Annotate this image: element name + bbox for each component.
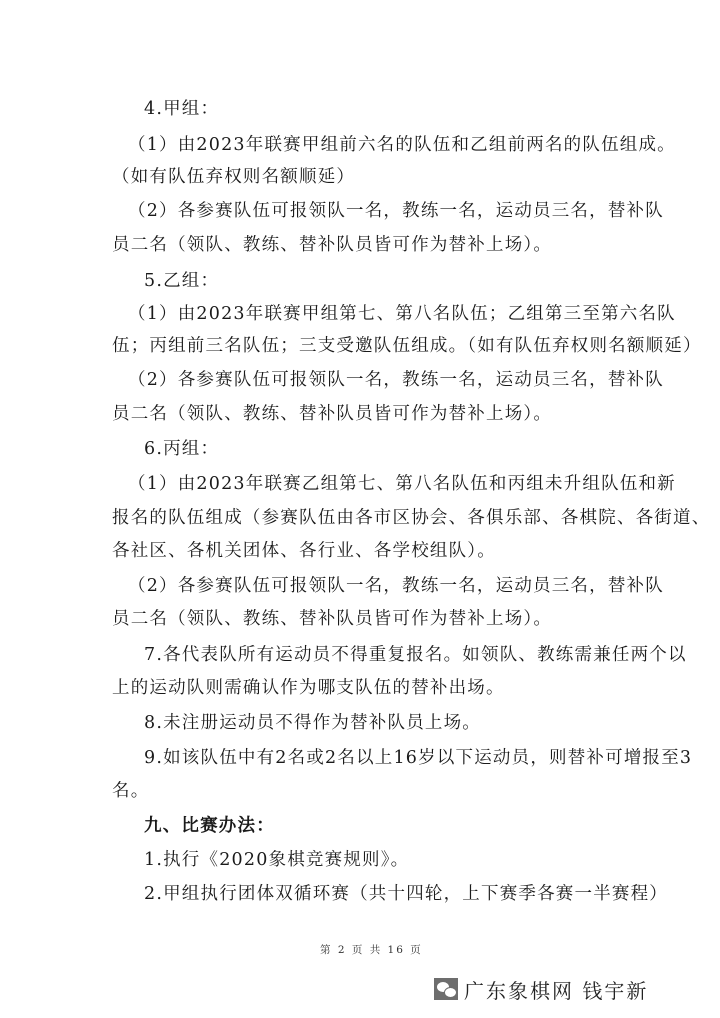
paragraph-line: 员二名（领队、教练、替补队员皆可作为替补上场）。	[112, 403, 552, 425]
paragraph-line: 员二名（领队、教练、替补队员皆可作为替补上场）。	[112, 608, 552, 630]
paragraph-line: 各社区、各机关团体、各行业、各学校组队）。	[112, 540, 496, 562]
page-number: 第 2 页 共 16 页	[320, 942, 423, 957]
paragraph-line: （1）由2023年联赛甲组前六名的队伍和乙组前两名的队伍组成。	[128, 134, 676, 156]
paragraph-line: 6.丙组：	[144, 438, 219, 460]
paragraph-line: （2）各参赛队伍可报领队一名，教练一名，运动员三名，替补队	[128, 369, 664, 391]
paragraph-line: 2.甲组执行团体双循环赛（共十四轮，上下赛季各赛一半赛程）	[144, 883, 668, 905]
paragraph-line: 名。	[112, 780, 149, 802]
paragraph-line: 员二名（领队、教练、替补队员皆可作为替补上场）。	[112, 234, 552, 256]
paragraph-line: （1）由2023年联赛乙组第七、第八名队伍和丙组未升组队伍和新	[128, 473, 676, 495]
paragraph-line: 伍；丙组前三名队伍；三支受邀队伍组成。（如有队伍弃权则名额顺延）	[112, 335, 702, 357]
section-heading: 九、比赛办法：	[144, 815, 275, 837]
watermark: 广东象棋网 钱宇新	[434, 975, 648, 1003]
paragraph-line: 8.未注册运动员不得作为替补队员上场。	[144, 712, 481, 734]
watermark-text: 广东象棋网 钱宇新	[464, 975, 648, 1004]
paragraph-line: （如有队伍弃权则名额顺延）	[112, 166, 355, 188]
document-page: 4.甲组：（1）由2023年联赛甲组前六名的队伍和乙组前两名的队伍组成。（如有队…	[0, 0, 720, 1018]
paragraph-line: 4.甲组：	[144, 98, 219, 120]
paragraph-line: 7.各代表队所有运动员不得重复报名。如领队、教练需兼任两个以	[144, 644, 687, 666]
paragraph-line: 5.乙组：	[144, 270, 219, 292]
paragraph-line: 1.执行《2020象棋竞赛规则》。	[144, 849, 409, 871]
paragraph-line: 上的运动队则需确认作为哪支队伍的替补出场。	[112, 677, 505, 699]
paragraph-line: （1）由2023年联赛甲组第七、第八名队伍；乙组第三至第六名队	[128, 303, 676, 325]
paragraph-line: （2）各参赛队伍可报领队一名，教练一名，运动员三名，替补队	[128, 200, 664, 222]
paragraph-line: 报名的队伍组成（参赛队伍由各市区协会、各俱乐部、各棋院、各街道、	[112, 507, 710, 529]
paragraph-line: （2）各参赛队伍可报领队一名，教练一名，运动员三名，替补队	[128, 575, 664, 597]
wechat-icon	[434, 978, 458, 1000]
paragraph-line: 9.如该队伍中有2名或2名以上16岁以下运动员，则替补可增报至3	[144, 747, 692, 769]
